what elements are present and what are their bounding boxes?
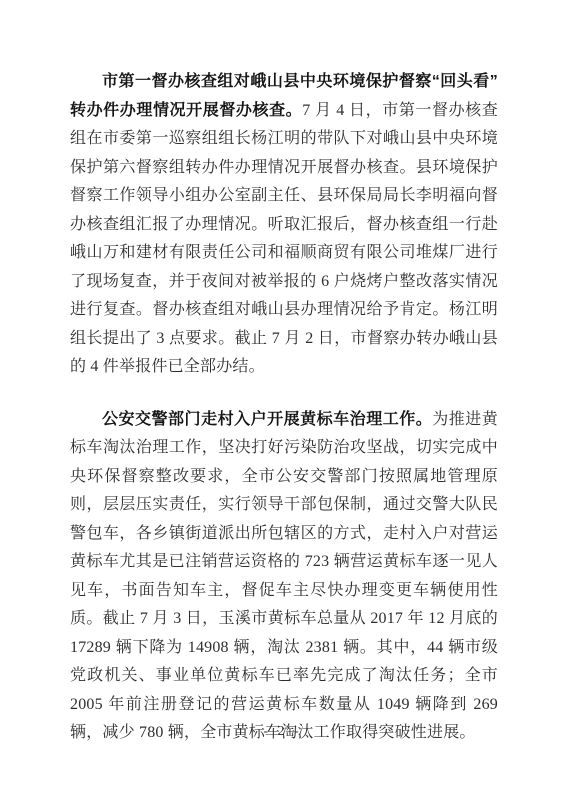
- paragraph-lead: 公安交警部门走村入户开展黄标车治理工作。: [102, 411, 432, 428]
- paragraph-text: 为推进黄标车淘汰治理工作，坚决打好污染防治攻坚战，切实完成中央环保督察整改要求，…: [70, 411, 498, 742]
- paragraph-traffic-police: 公安交警部门走村入户开展黄标车治理工作。为推进黄标车淘汰治理工作，坚决打好污染防…: [70, 406, 498, 748]
- document-page: 市第一督办核查组对峨山县中央环境保护督察“回头看”转办件办理情况开展督办核查。7…: [0, 0, 565, 800]
- paragraph-text: 7 月 4 日，市第一督办核查组在市委第一巡察组组长杨江明的带队下对峨山县中央环…: [70, 102, 498, 376]
- page-number: - 2 -: [0, 724, 565, 740]
- paragraph-inspection-report: 市第一督办核查组对峨山县中央环境保护督察“回头看”转办件办理情况开展督办核查。7…: [70, 68, 498, 382]
- document-body: 市第一督办核查组对峨山县中央环境保护督察“回头看”转办件办理情况开展督办核查。7…: [70, 68, 498, 748]
